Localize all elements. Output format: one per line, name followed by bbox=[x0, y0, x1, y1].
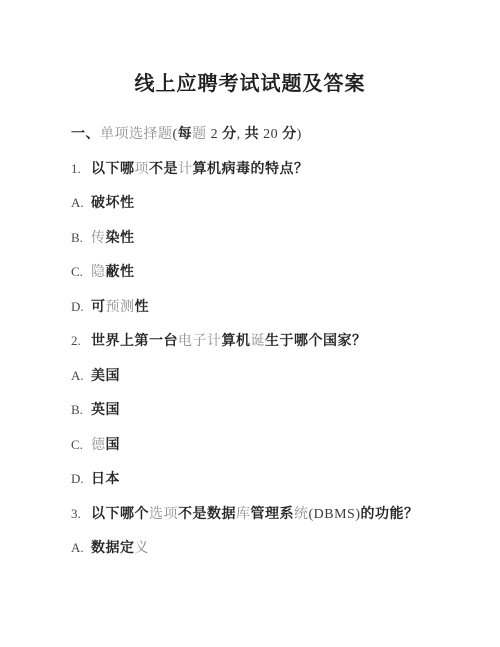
option-marker: B. bbox=[71, 402, 91, 417]
question-marker: 3. bbox=[71, 506, 91, 521]
line-text: 一、单项选择题(每题 2 分, 共 20 分) bbox=[71, 125, 302, 141]
text-segment: 以下哪 bbox=[91, 160, 135, 176]
line-text: 世界上第一台电子计算机诞生于哪个国家？ bbox=[91, 332, 367, 348]
question-line: 3.以下哪个选项不是数据库管理系统(DBMS)的功能？ bbox=[71, 506, 419, 522]
line-text: 隐蔽性 bbox=[91, 263, 135, 279]
text-segment: 国 bbox=[106, 436, 121, 452]
text-segment: 破坏性 bbox=[91, 194, 135, 210]
line-text: 美国 bbox=[91, 367, 120, 383]
option-marker: D. bbox=[71, 299, 91, 314]
option-line: A.数据定义 bbox=[71, 540, 149, 555]
option-line: A.破坏性 bbox=[71, 195, 135, 210]
question-line: 2.世界上第一台电子计算机诞生于哪个国家？ bbox=[71, 333, 367, 348]
text-segment: 分 bbox=[282, 125, 297, 141]
text-segment: 20 bbox=[259, 127, 282, 142]
text-segment: 项 bbox=[135, 160, 150, 176]
text-segment: 算机病毒的特点？ bbox=[193, 160, 309, 176]
line-text: 破坏性 bbox=[91, 194, 135, 210]
text-segment: 可 bbox=[91, 298, 106, 314]
text-segment: 分 bbox=[222, 125, 237, 141]
text-segment: 管理系 bbox=[251, 505, 295, 521]
text-segment: 2 bbox=[207, 127, 223, 142]
text-segment: 统 bbox=[294, 505, 309, 521]
line-text: 英国 bbox=[91, 401, 120, 417]
text-segment: 的功能？ bbox=[361, 505, 419, 521]
text-segment: 生于哪个国家？ bbox=[265, 332, 367, 348]
text-segment: 题 bbox=[192, 125, 207, 141]
text-segment: 电子计 bbox=[178, 332, 222, 348]
text-segment: 性 bbox=[135, 298, 150, 314]
question-line: 1.以下哪项不是计算机病毒的特点？ bbox=[71, 161, 309, 176]
text-segment: 传 bbox=[91, 229, 106, 245]
option-marker: A. bbox=[71, 540, 91, 555]
option-marker: D. bbox=[71, 471, 91, 486]
option-marker: C. bbox=[71, 437, 91, 452]
option-line: B.英国 bbox=[71, 402, 120, 417]
text-segment: 义 bbox=[135, 539, 150, 555]
option-line: A.美国 bbox=[71, 368, 120, 383]
line-text: 德国 bbox=[91, 436, 120, 452]
option-line: B.传染性 bbox=[71, 230, 135, 245]
line-text: 传染性 bbox=[91, 229, 135, 245]
question-marker: 2. bbox=[71, 333, 91, 348]
option-line: C.德国 bbox=[71, 437, 120, 452]
line-text: 以下哪个选项不是数据库管理系统(DBMS)的功能？ bbox=[91, 505, 419, 521]
text-segment: 德 bbox=[91, 436, 106, 452]
text-segment: 一、 bbox=[71, 125, 100, 141]
text-segment: 算机 bbox=[222, 332, 251, 348]
option-marker: C. bbox=[71, 264, 91, 279]
text-segment: 不是数据 bbox=[178, 505, 236, 521]
line-text: 数据定义 bbox=[91, 539, 149, 555]
text-segment: 单项选择题 bbox=[100, 125, 173, 141]
text-segment: 日本 bbox=[91, 470, 120, 486]
option-marker: A. bbox=[71, 368, 91, 383]
text-segment: 选项 bbox=[149, 505, 178, 521]
text-segment: 数据定 bbox=[91, 539, 135, 555]
option-marker: B. bbox=[71, 230, 91, 245]
line-text: 可预测性 bbox=[91, 298, 149, 314]
document-title: 线上应聘考试试题及答案 bbox=[0, 70, 500, 98]
text-segment: 诞 bbox=[251, 332, 266, 348]
text-segment: 每 bbox=[178, 125, 193, 141]
text-segment: 不是 bbox=[149, 160, 178, 176]
option-line: D.可预测性 bbox=[71, 299, 149, 314]
text-segment: 预测 bbox=[106, 298, 135, 314]
text-segment: 英国 bbox=[91, 401, 120, 417]
text-segment: 库 bbox=[236, 505, 251, 521]
text-segment: , bbox=[237, 127, 245, 142]
question-marker: 1. bbox=[71, 161, 91, 176]
text-segment: (DBMS) bbox=[309, 507, 361, 522]
text-segment: 蔽性 bbox=[106, 263, 135, 279]
option-line: C.隐蔽性 bbox=[71, 264, 135, 279]
line-text: 以下哪项不是计算机病毒的特点？ bbox=[91, 160, 309, 176]
document-page: 线上应聘考试试题及答案 一、单项选择题(每题 2 分, 共 20 分)1.以下哪… bbox=[0, 0, 500, 647]
text-segment: 美国 bbox=[91, 367, 120, 383]
text-segment: 世界上第一台 bbox=[91, 332, 178, 348]
option-line: D.日本 bbox=[71, 471, 120, 486]
text-segment: 染性 bbox=[106, 229, 135, 245]
line-text: 日本 bbox=[91, 470, 120, 486]
text-segment: 共 bbox=[245, 125, 260, 141]
text-segment: ) bbox=[297, 127, 302, 142]
text-segment: 以下哪个 bbox=[91, 505, 149, 521]
section-heading: 一、单项选择题(每题 2 分, 共 20 分) bbox=[71, 126, 302, 142]
text-segment: 计 bbox=[178, 160, 193, 176]
text-segment: 隐 bbox=[91, 263, 106, 279]
option-marker: A. bbox=[71, 195, 91, 210]
